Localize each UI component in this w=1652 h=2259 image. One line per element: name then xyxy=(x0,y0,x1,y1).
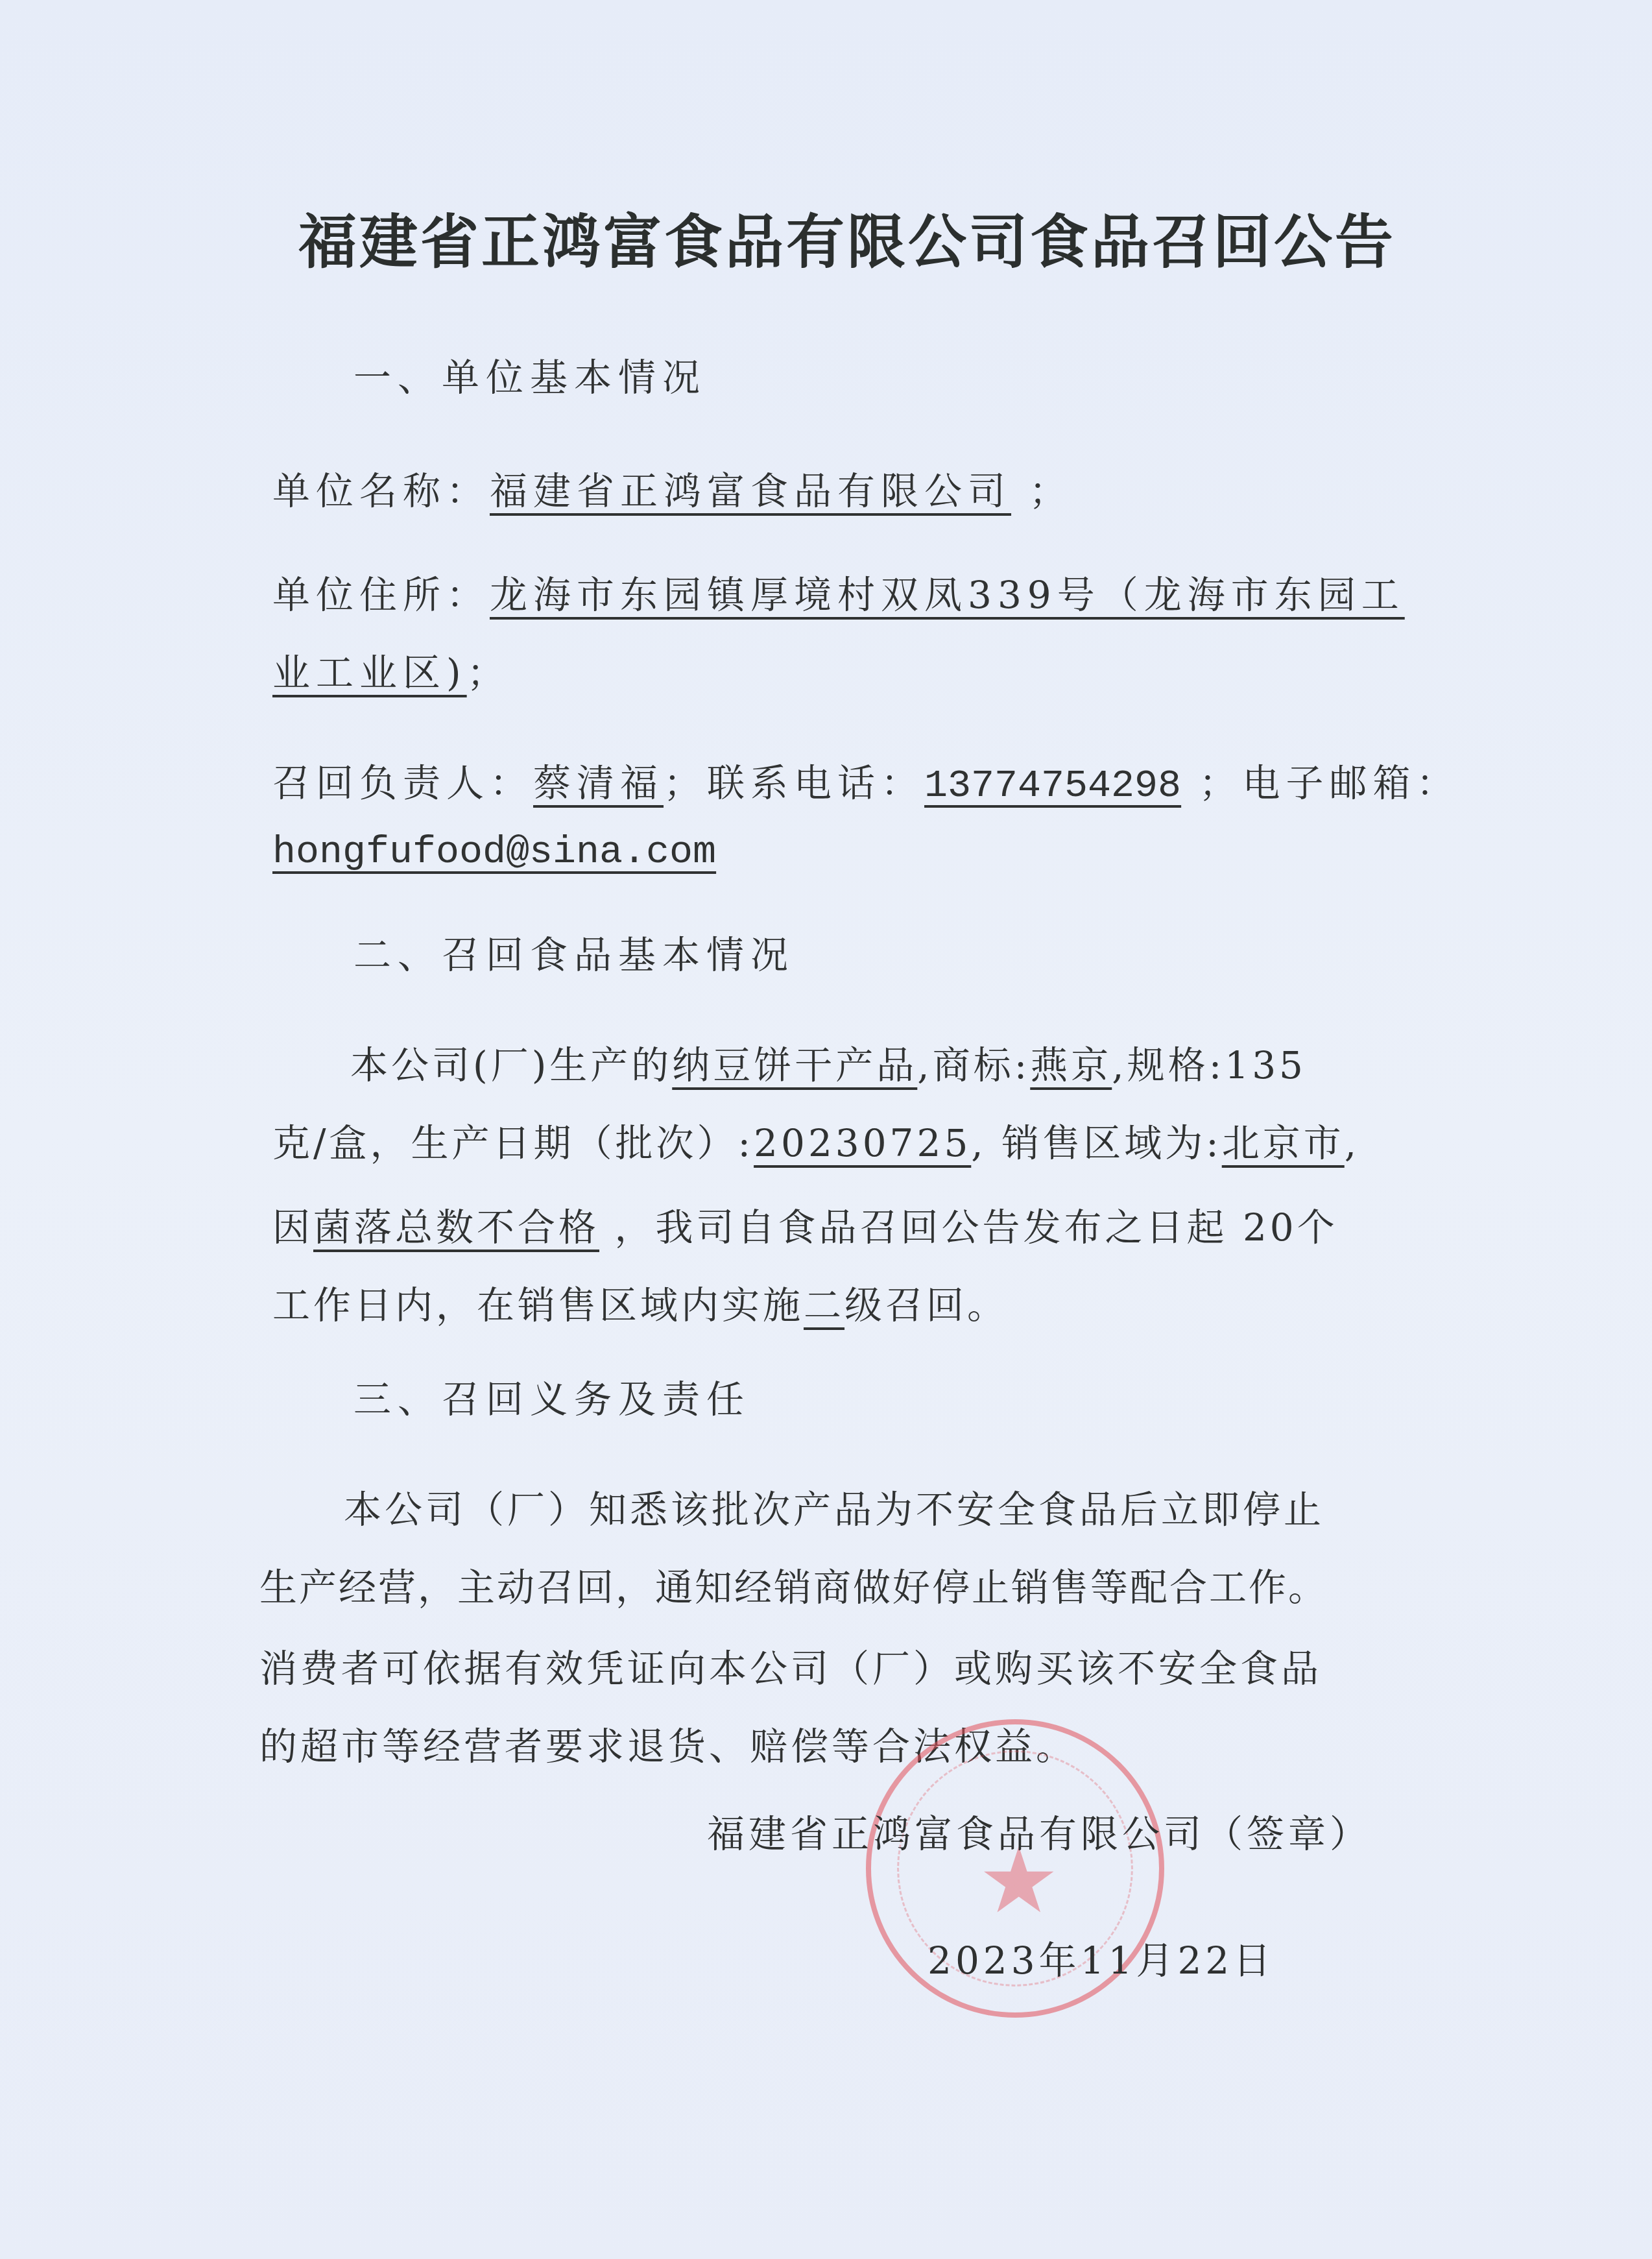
unit-name-label: 单位名称： xyxy=(272,469,490,513)
batch-number: 20230725 xyxy=(754,1121,971,1165)
email-line: hongfufood@sina.com xyxy=(272,827,716,875)
email-address: hongfufood@sina.com xyxy=(272,830,716,875)
text: ,商标: xyxy=(917,1043,1030,1087)
signature-company: 福建省正鸿富食品有限公司（签章） xyxy=(707,1804,1371,1858)
text: 因 xyxy=(272,1205,313,1250)
section3-line1: 本公司（厂）知悉该批次产品为不安全食品后立即停止 xyxy=(344,1479,1324,1534)
section3-line3: 消费者可依据有效凭证向本公司（厂）或购买该不安全食品 xyxy=(259,1638,1322,1693)
unit-address-line: 单位住所：龙海市东园镇厚境村双凤339号（龙海市东园工 xyxy=(272,564,1405,619)
signature-date: 2023年11月22日 xyxy=(928,1930,1275,1985)
punct: ； xyxy=(467,651,510,695)
section2-para-line2: 克/盒，生产日期（批次）:20230725, 销售区域为:北京市, xyxy=(272,1113,1359,1167)
punct: ； xyxy=(1029,469,1072,513)
text: 级召回。 xyxy=(844,1283,1008,1327)
sales-region: 北京市 xyxy=(1222,1121,1345,1165)
email-label: ；电子邮箱： xyxy=(1181,761,1459,805)
section1-heading: 一、单位基本情况 xyxy=(353,347,706,402)
unit-address-value: 龙海市东园镇厚境村双凤339号（龙海市东园工 xyxy=(490,573,1405,617)
section2-para-line3: 因菌落总数不合格 ，我司自食品召回公告发布之日起 20个 xyxy=(272,1197,1338,1251)
contact-line: 召回负责人：蔡清福；联系电话：13774754298 ；电子邮箱： xyxy=(272,753,1460,808)
unit-name-value: 福建省正鸿富食品有限公司 xyxy=(490,469,1011,513)
unit-address-line2: 业工业区)； xyxy=(272,642,510,697)
phone-number: 13774754298 xyxy=(924,764,1181,808)
contact-name: 蔡清福 xyxy=(533,761,664,805)
phone-label: ；联系电话： xyxy=(664,761,924,805)
document-title: 福建省正鸿富食品有限公司食品召回公告 xyxy=(298,195,1401,279)
recall-notice-page: 福建省正鸿富食品有限公司食品召回公告 一、单位基本情况 单位名称：福建省正鸿富食… xyxy=(0,0,1652,2259)
text: ,规格:135 xyxy=(1112,1043,1306,1087)
section3-line2: 生产经营，主动召回，通知经销商做好停止销售等配合工作。 xyxy=(259,1557,1328,1612)
section3-heading: 三、召回义务及责任 xyxy=(353,1369,750,1423)
text: 工作日内，在销售区域内实施 xyxy=(272,1283,804,1327)
section2-heading: 二、召回食品基本情况 xyxy=(353,924,795,979)
text: , xyxy=(1345,1121,1359,1165)
text: ，我司自食品召回公告发布之日起 20个 xyxy=(599,1205,1338,1250)
brand-name: 燕京 xyxy=(1030,1043,1112,1087)
unit-address-label: 单位住所： xyxy=(272,573,490,617)
text: 克/盒，生产日期（批次）: xyxy=(272,1121,754,1165)
unit-address-value-cont: 业工业区) xyxy=(272,651,467,695)
section2-para-line4: 工作日内，在销售区域内实施二级召回。 xyxy=(272,1275,1008,1329)
product-name: 纳豆饼干产品 xyxy=(672,1043,917,1087)
recall-level: 二 xyxy=(804,1283,844,1327)
text: 本公司(厂)生产的 xyxy=(350,1043,672,1087)
contact-label: 召回负责人： xyxy=(272,761,533,805)
recall-reason: 菌落总数不合格 xyxy=(313,1205,599,1250)
section2-para-line1: 本公司(厂)生产的纳豆饼干产品,商标:燕京,规格:135 xyxy=(350,1035,1306,1089)
text: , 销售区域为: xyxy=(971,1121,1221,1165)
unit-name-line: 单位名称：福建省正鸿富食品有限公司 ； xyxy=(272,461,1072,515)
